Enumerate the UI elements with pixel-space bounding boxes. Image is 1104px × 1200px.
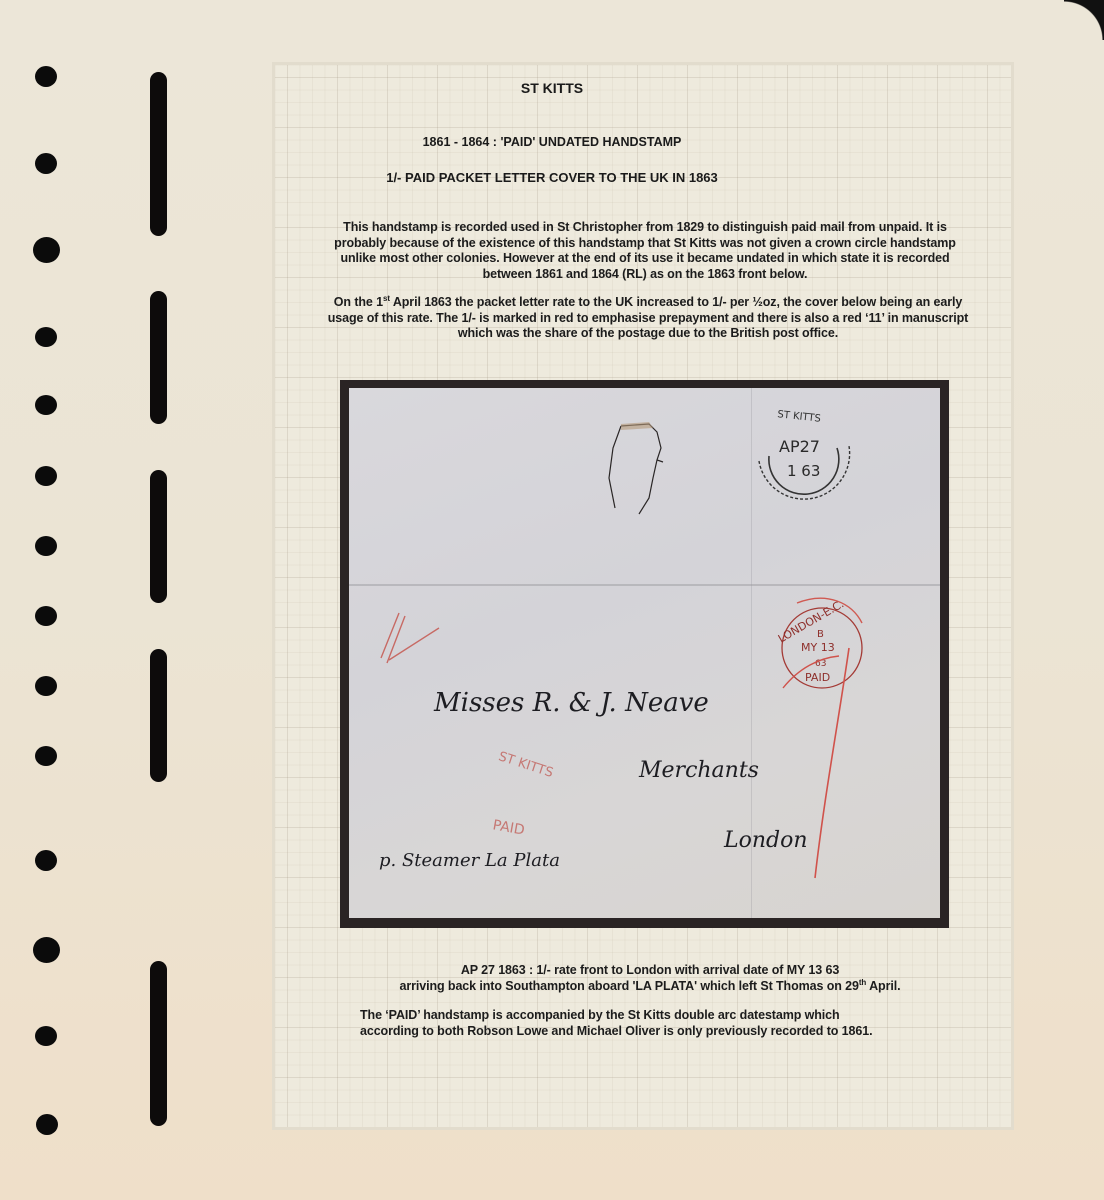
rate-paragraph-part1: On the 1 bbox=[334, 295, 383, 309]
binder-hole bbox=[35, 1026, 57, 1046]
binder-hole bbox=[35, 466, 57, 486]
binder-hole bbox=[35, 746, 57, 766]
postal-cover: ST KITTS AP27 1 63 LONDON-E.C. B MY 13 6… bbox=[349, 388, 940, 918]
rate-paragraph-part2: April 1863 the packet letter rate to the… bbox=[328, 295, 969, 340]
binder-slot bbox=[150, 291, 167, 424]
address-line-1: Misses R. & J. Neave bbox=[434, 688, 709, 718]
ship-endorsement: p. Steamer La Plata bbox=[379, 850, 560, 871]
binder-hole bbox=[33, 937, 60, 963]
page-subtitle: 1861 - 1864 : 'PAID' UNDATED HANDSTAMP bbox=[0, 135, 1104, 149]
stkitts-paid-handstamp: ST KITTS PAID bbox=[469, 743, 589, 853]
section-heading: 1/- PAID PACKET LETTER COVER TO THE UK I… bbox=[0, 170, 1104, 185]
binder-hole bbox=[35, 536, 57, 556]
paid-handstamp-bottom: PAID bbox=[491, 817, 525, 838]
page-corner bbox=[1064, 0, 1104, 40]
stkitts-year: 1 63 bbox=[787, 462, 820, 480]
rate-paragraph: On the 1st April 1863 the packet letter … bbox=[324, 295, 972, 342]
address-line-3: London bbox=[724, 828, 808, 853]
stkitts-datestamp: ST KITTS AP27 1 63 bbox=[749, 406, 859, 506]
caption-2: The ‘PAID’ handstamp is accompanied by t… bbox=[360, 1008, 940, 1039]
binder-hole bbox=[35, 395, 57, 415]
caption-2-line-1: The ‘PAID’ handstamp is accompanied by t… bbox=[360, 1008, 940, 1024]
red-manuscript-11 bbox=[369, 588, 449, 678]
caption-1-line-1: AP 27 1863 : 1/- rate front to London wi… bbox=[340, 963, 960, 979]
stkitts-arc-text: ST KITTS bbox=[777, 409, 821, 424]
paid-handstamp-top: ST KITTS bbox=[497, 749, 555, 781]
binder-slot bbox=[150, 470, 167, 603]
postal-cover-mount: ST KITTS AP27 1 63 LONDON-E.C. B MY 13 6… bbox=[340, 380, 949, 928]
page-title: ST KITTS bbox=[0, 80, 1104, 96]
binder-slot bbox=[150, 649, 167, 782]
stkitts-date: AP27 bbox=[779, 437, 820, 456]
binder-slot bbox=[150, 961, 167, 1126]
fold-line-horizontal bbox=[349, 584, 940, 586]
binder-hole bbox=[36, 1114, 58, 1135]
binder-hole bbox=[35, 850, 57, 871]
caption-1-line-2: arriving back into Southampton aboard 'L… bbox=[340, 979, 960, 995]
address-line-2: Merchants bbox=[639, 758, 759, 783]
binder-slot bbox=[150, 72, 167, 236]
binder-hole bbox=[33, 237, 60, 263]
binder-hole bbox=[35, 327, 57, 347]
binder-hole bbox=[35, 606, 57, 626]
seal-tear-mark bbox=[599, 418, 679, 518]
intro-paragraph: This handstamp is recorded used in St Ch… bbox=[326, 220, 964, 282]
caption-1: AP 27 1863 : 1/- rate front to London wi… bbox=[340, 963, 960, 994]
ordinal-suffix: st bbox=[383, 294, 390, 303]
binder-hole bbox=[35, 676, 57, 696]
caption-2-line-2: according to both Robson Lowe and Michae… bbox=[360, 1024, 940, 1040]
